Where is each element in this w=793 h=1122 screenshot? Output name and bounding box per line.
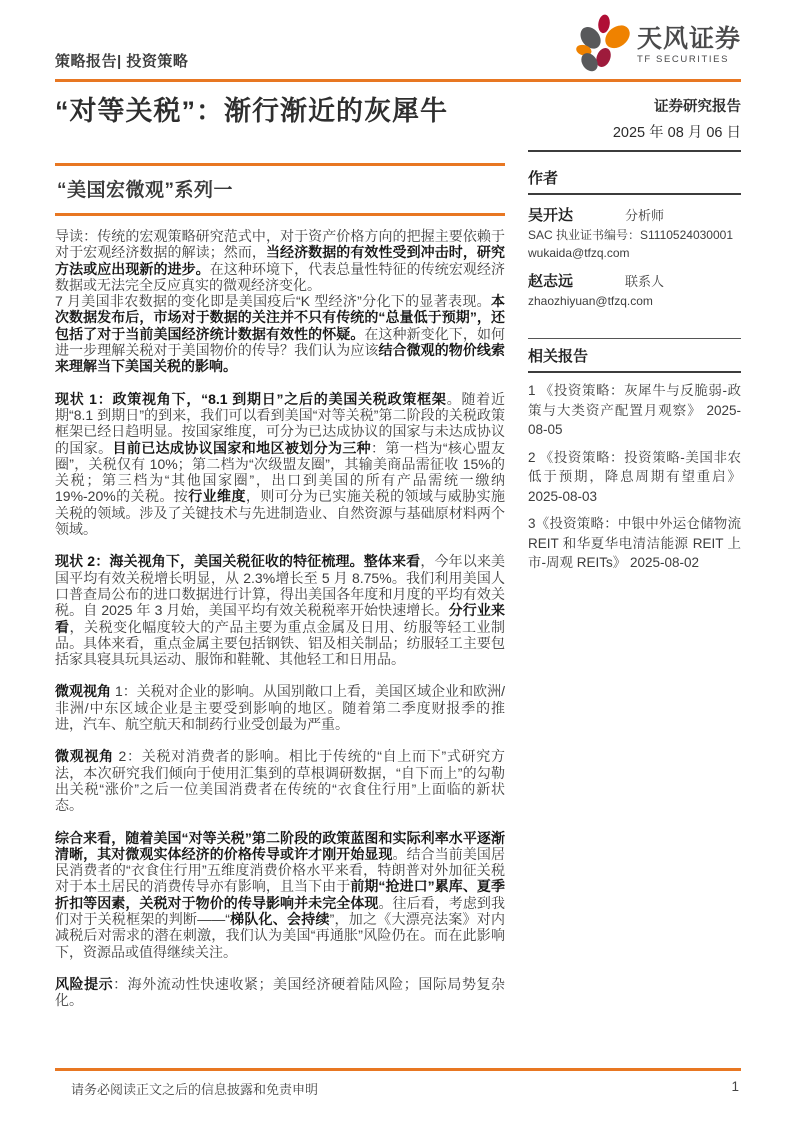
series-banner: “美国宏微观”系列一 xyxy=(55,163,505,216)
report-meta: 证券研究报告 2025 年 08 月 06 日 xyxy=(528,95,741,152)
body-paragraph: 现状 2：海关视角下，美国关税征收的特征梳理。整体来看，今年以来美国平均有效关税… xyxy=(55,553,505,667)
brand-name: 天风证券 TF SECURITIES xyxy=(637,26,741,66)
body-paragraph: 7 月美国非农数据的变化即是美国疫后“K 型经济”分化下的显著表现。本次数据发布… xyxy=(55,293,505,374)
brand-logo: 天风证券 TF SECURITIES xyxy=(576,14,741,77)
title-row: “对等关税”：渐行渐近的灰犀牛 证券研究报告 2025 年 08 月 06 日 xyxy=(55,95,741,152)
authors-heading: 作者 xyxy=(528,163,741,195)
report-date: 2025 年 08 月 06 日 xyxy=(528,121,741,142)
paragraph-run: ：海外流动性快速收紧；美国经济硬着陆风险；国际局势复杂化。 xyxy=(55,976,505,1008)
paragraph-bold-run: 目前已达成协议国家和地区被划分为三种 xyxy=(112,440,371,456)
paragraph-run: 1：关税对企业的影响。从国别敞口上看，美国区域企业和欧洲/非洲/中东区域企业是主… xyxy=(55,683,505,732)
authors-list: 吴开达分析师SAC 执业证书编号：S1110524030001wukaida@t… xyxy=(528,204,741,309)
paragraph-bold-run: 风险提示 xyxy=(55,976,113,992)
page-number: 1 xyxy=(731,1079,741,1098)
author-name: 赵志远 xyxy=(528,270,625,291)
series-title: “美国宏微观”系列一 xyxy=(57,180,233,201)
body-paragraph: 微观视角 2：关税对消费者的影响。相比于传统的“自上而下”式研究方法，本次研究我… xyxy=(55,748,505,813)
report-category: 策略报告| 投资策略 xyxy=(55,50,188,77)
brand-name-en: TF SECURITIES xyxy=(637,54,741,65)
related-reports-section: 相关报告 1 《投资策略：灰犀牛与反脆弱-政策与大类资产配置月观察》 2025-… xyxy=(528,338,741,573)
sidebar: 作者 吴开达分析师SAC 执业证书编号：S1110524030001wukaid… xyxy=(528,163,741,1008)
related-reports-heading: 相关报告 xyxy=(528,341,741,373)
body-paragraph: 导读：传统的宏观策略研究范式中，对于资产价格方向的把握主要依赖于对于宏观经济数据… xyxy=(55,228,505,293)
paragraph-bold-run: 微观视角 xyxy=(55,748,114,764)
body-paragraph: 风险提示：海外流动性快速收紧；美国经济硬着陆风险；国际局势复杂化。 xyxy=(55,976,505,1009)
body-paragraph: 微观视角 1：关税对企业的影响。从国别敞口上看，美国区域企业和欧洲/非洲/中东区… xyxy=(55,683,505,732)
paragraph-run: 7 月美国非农数据的变化即是美国疫后“K 型经济”分化下的显著表现。 xyxy=(55,293,491,309)
paragraph-run: 2：关税对消费者的影响。相比于传统的“自上而下”式研究方法，本次研究我们倾向于使… xyxy=(55,748,505,813)
body-paragraph: 现状 1：政策视角下，“8.1 到期日”之后的美国关税政策框架。随着近期“8.1… xyxy=(55,391,505,538)
tf-flower-icon xyxy=(576,14,630,77)
related-report-item: 2 《投资策略：投资策略-美国非农低于预期，降息周期有望重启》 2025-08-… xyxy=(528,448,741,507)
author-detail: SAC 执业证书编号：S1110524030001 xyxy=(528,228,741,243)
related-reports-list: 1 《投资策略：灰犀牛与反脆弱-政策与大类资产配置月观察》 2025-08-05… xyxy=(528,381,741,573)
report-type: 证券研究报告 xyxy=(528,95,741,116)
author-name: 吴开达 xyxy=(528,204,625,225)
author-detail: zhaozhiyuan@tfzq.com xyxy=(528,294,741,309)
paragraph-run: ，关税变化幅度较大的产品主要为重点金属及日用、纺服等轻工业制品。具体来看，重点金… xyxy=(55,619,505,668)
paragraph-bold-run: 现状 1：政策视角下，“8.1 到期日”之后的美国关税政策框架 xyxy=(55,391,447,407)
page-footer: 请务必阅读正文之后的信息披露和免责申明 1 xyxy=(55,1068,741,1098)
header-divider xyxy=(55,79,741,82)
related-report-item: 3《投资策略：中银中外运仓储物流 REIT 和华夏华电清洁能源 REIT 上市-… xyxy=(528,514,741,573)
footer-disclaimer: 请务必阅读正文之后的信息披露和免责申明 xyxy=(55,1079,318,1098)
report-body: 导读：传统的宏观策略研究范式中，对于资产价格方向的把握主要依赖于对于宏观经济数据… xyxy=(55,228,505,1008)
page-title: “对等关税”：渐行渐近的灰犀牛 xyxy=(55,95,448,129)
author-role: 联系人 xyxy=(625,271,664,290)
footer-row: 请务必阅读正文之后的信息披露和免责申明 1 xyxy=(55,1079,741,1098)
content-columns: “美国宏微观”系列一 导读：传统的宏观策略研究范式中，对于资产价格方向的把握主要… xyxy=(55,163,741,1008)
paragraph-bold-run: 微观视角 xyxy=(55,683,111,699)
brand-name-cn: 天风证券 xyxy=(637,26,741,54)
footer-divider xyxy=(55,1068,741,1071)
author-row: 吴开达分析师 xyxy=(528,204,741,225)
paragraph-bold-run: 行业维度 xyxy=(188,488,246,504)
main-column: “美国宏微观”系列一 导读：传统的宏观策略研究范式中，对于资产价格方向的把握主要… xyxy=(55,163,505,1008)
paragraph-bold-run: 梯队化、会持续 xyxy=(230,911,330,927)
author-role: 分析师 xyxy=(625,205,664,224)
page-header: 策略报告| 投资策略 天风证券 TF SECURITIES xyxy=(55,0,741,77)
paragraph-bold-run: 现状 2：海关视角下，美国关税征收的特征梳理。整体来看 xyxy=(55,553,420,569)
related-report-item: 1 《投资策略：灰犀牛与反脆弱-政策与大类资产配置月观察》 2025-08-05 xyxy=(528,381,741,440)
report-page: 策略报告| 投资策略 天风证券 TF SECURITIES “对等关税”：渐行渐… xyxy=(0,0,793,1122)
body-paragraph: 综合来看，随着美国“对等关税”第二阶段的政策蓝图和实际利率水平逐渐清晰，其对微观… xyxy=(55,830,505,960)
author-row: 赵志远联系人 xyxy=(528,270,741,291)
author-detail: wukaida@tfzq.com xyxy=(528,246,741,261)
